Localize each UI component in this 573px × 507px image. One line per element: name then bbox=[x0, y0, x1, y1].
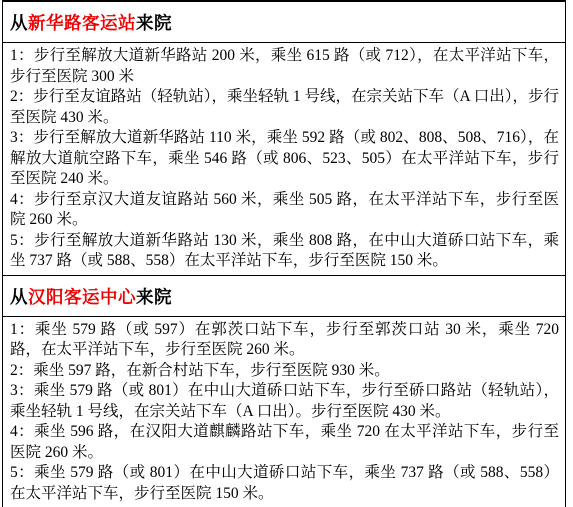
section-body-xinhua: 1：步行至解放大道新华路站 200 米，乘坐 615 路（或 712），在太平洋… bbox=[3, 43, 565, 276]
route-item: 4：乘坐 596 路，在汉阳大道麒麟路站下车，乘坐 720 在太平洋站下车，步行… bbox=[10, 422, 559, 463]
directions-table: 从新华路客运站来院 1：步行至解放大道新华路站 200 米，乘坐 615 路（或… bbox=[2, 0, 566, 507]
section-header-hanyang: 从汉阳客运中心来院 bbox=[3, 276, 565, 317]
section-title-suffix: 来院 bbox=[136, 287, 172, 307]
route-item: 2：步行至友谊路站（轻轨站），乘坐轻轨 1 号线，在宗关站下车（A 口出），步行… bbox=[10, 87, 559, 128]
section-title-suffix: 来院 bbox=[136, 13, 172, 33]
section-title-prefix: 从 bbox=[10, 13, 28, 33]
route-item: 3：乘坐 579 路（或 801）在中山大道硚口站下车，步行至硚口路站（轻轨站）… bbox=[10, 381, 559, 422]
route-item: 1：步行至解放大道新华路站 200 米，乘坐 615 路（或 712），在太平洋… bbox=[10, 46, 559, 87]
station-name-hanyang: 汉阳客运中心 bbox=[28, 287, 136, 307]
route-item: 4：步行至京汉大道友谊路站 560 米，乘坐 505 路，在太平洋站下车，步行至… bbox=[10, 190, 559, 231]
route-item: 1：乘坐 579 路（或 597）在郭茨口站下车，步行至郭茨口站 30 米，乘坐… bbox=[10, 320, 559, 361]
station-name-xinhua: 新华路客运站 bbox=[28, 13, 136, 33]
route-item: 5：乘坐 579 路（或 801）在中山大道硚口站下车，乘坐 737 路（或 5… bbox=[10, 463, 559, 504]
section-header-xinhua: 从新华路客运站来院 bbox=[3, 2, 565, 43]
section-title-prefix: 从 bbox=[10, 287, 28, 307]
route-item: 2：乘坐 597 路，在新合村站下车，步行至医院 930 米。 bbox=[10, 361, 559, 382]
section-body-hanyang: 1：乘坐 579 路（或 597）在郭茨口站下车，步行至郭茨口站 30 米，乘坐… bbox=[3, 317, 565, 507]
route-item: 3：步行至解放大道新华路站 110 米，乘坐 592 路（或 802、808、5… bbox=[10, 128, 559, 190]
route-item: 5：步行至解放大道新华路站 130 米，乘坐 808 路，在中山大道硚口站下车，… bbox=[10, 231, 559, 272]
